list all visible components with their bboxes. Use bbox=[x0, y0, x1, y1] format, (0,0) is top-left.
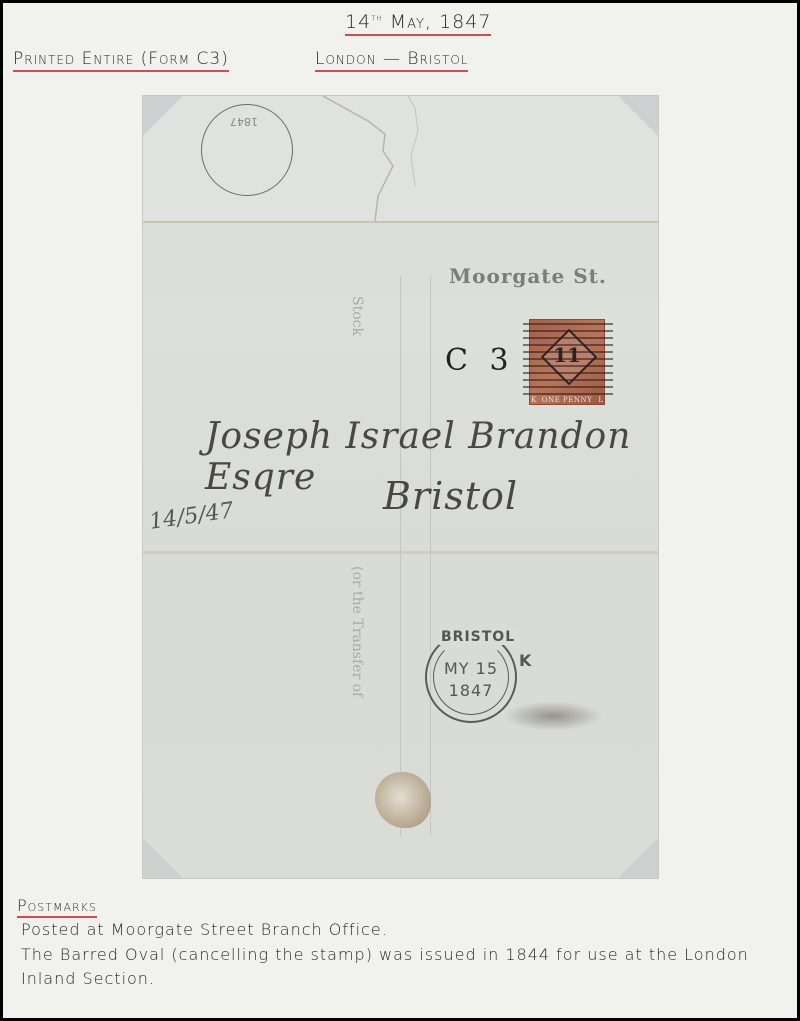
postmarks-note: Inland Section. bbox=[21, 969, 155, 988]
postmarks-note: Posted at Moorgate Street Branch Office. bbox=[21, 920, 388, 939]
photo-corner-mount bbox=[618, 838, 658, 878]
date-day: 14 bbox=[345, 11, 371, 33]
printed-text-rotated: Stock bbox=[349, 296, 365, 336]
paper-tear bbox=[323, 96, 423, 221]
album-page: 14th May, 1847 Printed Entire (Form C3) … bbox=[3, 3, 797, 1018]
letter-entire: 1847 Moorgate St. C 3 11 K ONE PENNY L S… bbox=[143, 96, 658, 878]
photo-corner-mount bbox=[143, 838, 183, 878]
postmark-date: MY 15 bbox=[427, 659, 515, 678]
moorgate-handstamp: Moorgate St. bbox=[449, 264, 607, 288]
postmark-year: 1847 bbox=[427, 681, 515, 700]
wax-seal-remnant bbox=[375, 772, 431, 828]
penny-red-stamp: 11 K ONE PENNY L bbox=[529, 319, 605, 405]
postmarks-note: The Barred Oval (cancelling the stamp) w… bbox=[21, 945, 749, 964]
stamp-denomination: ONE PENNY bbox=[529, 396, 605, 404]
printed-text-rotated: (or the Transfer of bbox=[349, 566, 365, 697]
form-code: C 3 bbox=[445, 343, 515, 378]
date-suffix: th bbox=[371, 13, 383, 24]
date-heading: 14th May, 1847 bbox=[345, 11, 491, 36]
date-rest: May, 1847 bbox=[390, 11, 492, 33]
cancel-number: 11 bbox=[529, 343, 605, 367]
stamp-corner-letter-right: L bbox=[598, 396, 603, 404]
postmark-code: K bbox=[519, 651, 531, 670]
backstamp-circle: 1847 bbox=[201, 104, 293, 196]
ruled-line bbox=[400, 276, 401, 836]
route-title: London — Bristol bbox=[315, 49, 468, 72]
item-type-title: Printed Entire (Form C3) bbox=[13, 49, 229, 72]
backstamp-year: 1847 bbox=[230, 115, 258, 128]
address-town: Bristol bbox=[383, 474, 518, 518]
postmarks-heading: Postmarks bbox=[17, 896, 97, 918]
ink-smudge bbox=[503, 701, 603, 731]
ruled-line bbox=[430, 276, 431, 836]
docket-date: 14/5/47 bbox=[148, 498, 235, 535]
postmark-town: BRISTOL bbox=[439, 629, 517, 645]
